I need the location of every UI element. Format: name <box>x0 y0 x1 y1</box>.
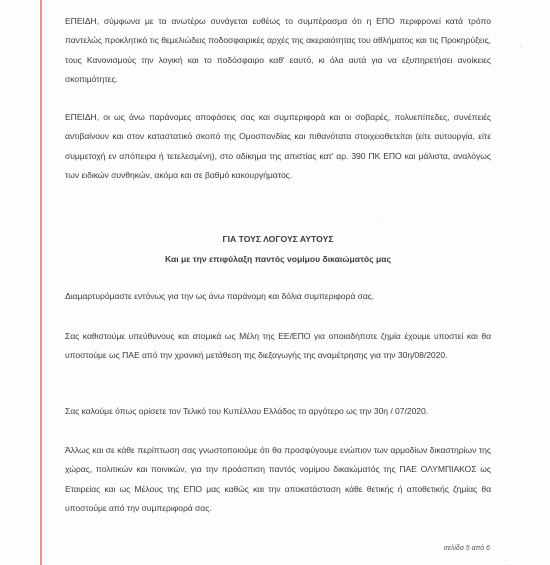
paragraph-whereas-2: ΕΠΕΙΔΗ, οι ως άνω παράνομες αποφάσεις σα… <box>65 108 491 185</box>
paragraph-protest: Διαμαρτυρόμαστε εντόνως για την ως άνω π… <box>65 287 491 306</box>
document-page: ΕΠΕΙΔΗ, σύμφωνα με τα ανωτέρω συνάγεται … <box>0 0 550 565</box>
paragraph-request: Σας καλούμε όπως ορίσετε τον Τελικό του … <box>65 402 491 421</box>
margin-line <box>40 0 42 565</box>
paragraph-liability: Σας καθιστούμε υπεύθυνους και ατομικά ως… <box>65 327 491 366</box>
paragraph-whereas-1: ΕΠΕΙΔΗ, σύμφωνα με τα ανωτέρω συνάγεται … <box>65 12 491 89</box>
section-subheading: Και με την επιφύλαξη παντός νομίμου δικα… <box>65 250 491 269</box>
scan-speck <box>380 218 382 219</box>
scan-speck <box>506 560 508 561</box>
section-heading: ΓΙΑ ΤΟΥΣ ΛΟΓΟΥΣ ΑΥΤΟΥΣ <box>65 230 491 249</box>
page-number: σελίδα 5 από 6 <box>444 545 490 552</box>
scan-speck <box>520 46 522 47</box>
paragraph-legal-action: Άλλως και σε κάθε περίπτωση σας γνωστοπο… <box>65 441 491 518</box>
